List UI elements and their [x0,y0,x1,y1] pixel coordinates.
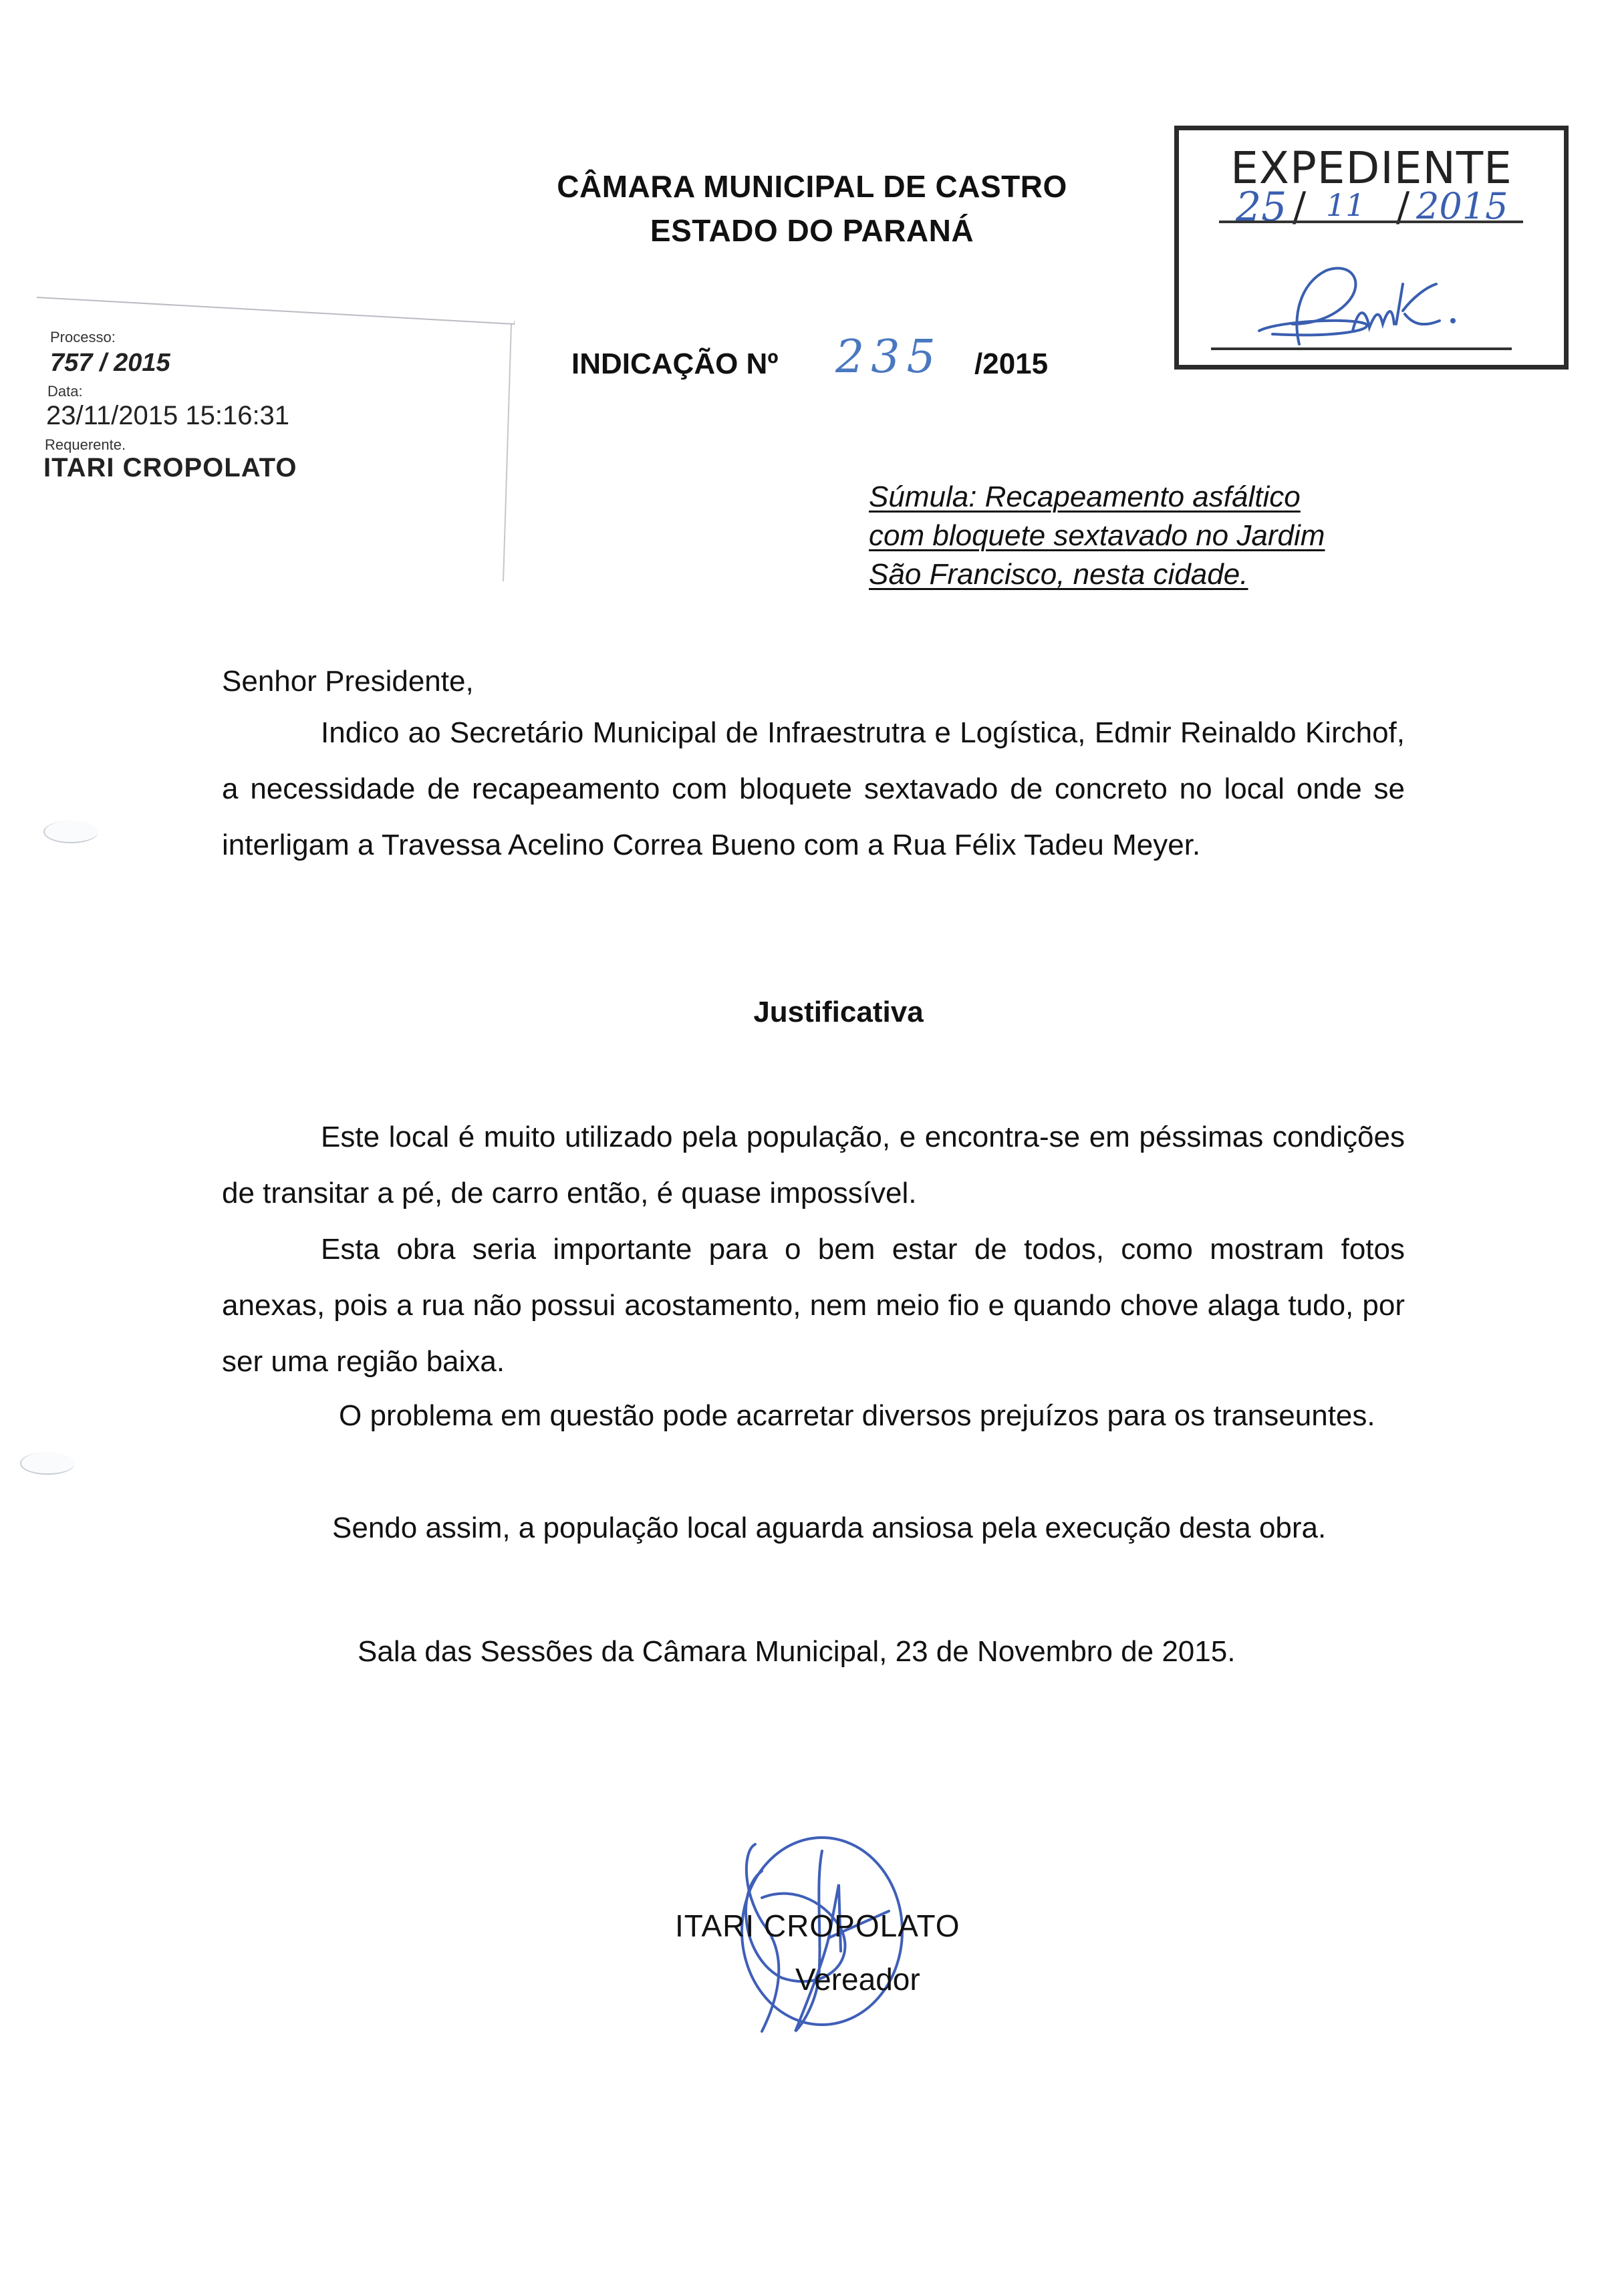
sumula-line: com bloquete sextavado no Jardim [869,517,1424,555]
signer-role: Vereador [795,1961,920,1997]
stamp-date-line [1219,221,1523,223]
punch-hole [20,1452,75,1475]
requester-label: Requerente. [45,436,126,454]
stamp-separator: / [1396,184,1410,231]
paragraph-justification-2: Esta obra seria importante para o bem es… [222,1222,1405,1390]
paragraph-justification-1: Este local é muito utilizado pela popula… [222,1109,1405,1222]
sumula-line: Súmula: Recapeamento asfáltico [869,478,1424,517]
requester-value: ITARI CROPOLATO [43,453,297,483]
greeting: Senhor Presidente, [222,654,474,710]
protocol-label: Processo: 757 / 2015 Data: 23/11/2015 15… [17,294,515,581]
sumula: Súmula: Recapeamento asfáltico com bloqu… [869,478,1424,594]
sumula-line: São Francisco, nesta cidade. [869,555,1424,594]
indicacao-year: /2015 [974,347,1048,381]
paragraph-indication: Indico ao Secretário Municipal de Infrae… [222,705,1405,873]
state-name: ESTADO DO PARANÁ [508,212,1109,249]
process-number: 757 / 2015 [50,349,170,378]
signer-name: ITARI CROPOLATO [675,1908,960,1944]
stamp-separator: / [1293,184,1306,231]
stamp-day: 25 [1236,184,1287,231]
date-value: 23/11/2015 15:16:31 [46,401,289,431]
date-label: Data: [47,383,83,400]
stamp-signature-line [1211,347,1512,350]
indicacao-number: 235 [835,331,942,384]
institution-name: CÂMARA MUNICIPAL DE CASTRO [508,168,1109,204]
stamp-month: 11 [1326,187,1365,223]
closing-line: Sala das Sessões da Câmara Municipal, 23… [358,1624,1235,1680]
expediente-stamp: EXPEDIENTE 25 / 11 / 2015 [1174,126,1569,370]
stamp-signature-icon [1252,257,1480,351]
process-label: Processo: [50,329,116,346]
paragraph-justification-4: Sendo assim, a população local aguarda a… [222,1500,1405,1556]
punch-hole [43,821,98,843]
justification-title: Justificativa [0,996,1610,1029]
indicacao-label: INDICAÇÃO Nº [571,347,778,381]
paragraph-justification-3: O problema em questão pode acarretar div… [222,1388,1405,1444]
